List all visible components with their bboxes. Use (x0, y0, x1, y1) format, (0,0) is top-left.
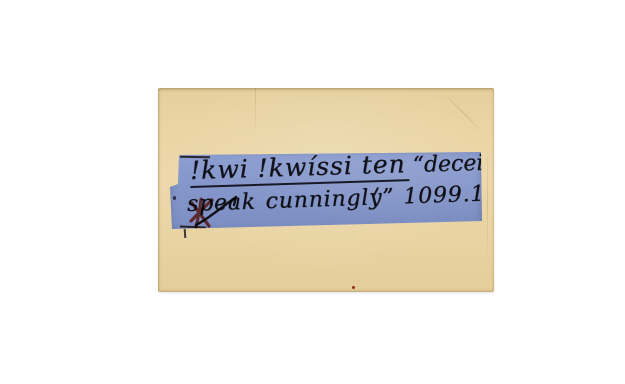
blue-paper-slip: !kwi !kwíssi ten“deceive, speak cunningl… (170, 151, 482, 231)
pin-hole-dot (173, 196, 176, 200)
ink-speck (352, 286, 355, 289)
pen-flourish-stroke (194, 193, 240, 227)
handwritten-line-1: !kwi !kwíssi ten“deceive, (190, 146, 517, 185)
reference-number: 1099.1?; (403, 181, 506, 210)
crease-line (443, 92, 483, 132)
gloss-start: “deceive, (412, 150, 516, 178)
crease-line (255, 88, 256, 134)
paper-card: !kwi !kwíssi ten“deceive, speak cunningl… (158, 88, 494, 292)
crease-line (487, 143, 488, 263)
stray-ink-mark (184, 229, 187, 238)
xam-phrase: !kwi !kwíssi ten (190, 149, 410, 188)
scanned-photo-background: !kwi !kwíssi ten“deceive, speak cunningl… (0, 0, 625, 384)
